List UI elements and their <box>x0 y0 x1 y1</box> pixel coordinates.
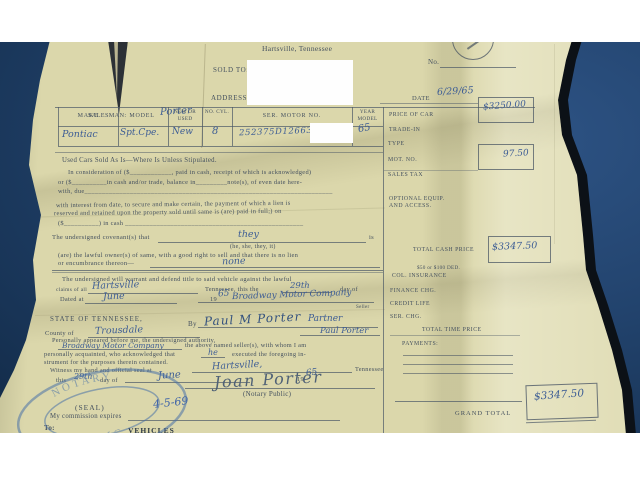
type-label: TYPE <box>388 141 405 147</box>
totalcash-label: TOTAL CASH PRICE <box>413 247 474 253</box>
section-divider <box>55 152 383 153</box>
terms-line2: or ($__________in cash and/or trade, bal… <box>58 179 302 186</box>
col-serial: SER. MOTOR NO. <box>232 113 352 119</box>
model-value: Spt.Cpe. <box>120 128 159 138</box>
new-used-value: New <box>172 127 193 137</box>
col-new-used: NEW OR USED <box>169 109 201 123</box>
svg-text:PUBLIC: PUBLIC <box>66 422 126 433</box>
salestax-label: SALES TAX <box>388 172 423 178</box>
encumbrance-handwritten: none <box>222 256 246 268</box>
payments-label: PAYMENTS: <box>402 341 438 347</box>
col-cyl: NO. CYL. <box>203 109 231 116</box>
price-label: PRICE OF CAR <box>389 112 434 118</box>
month-blank <box>85 303 177 304</box>
sold-to-label: SOLD TO: <box>213 66 249 74</box>
table-bottom-border <box>58 146 383 147</box>
owner-line1: (are) the lawful owner(s) of same, with … <box>58 252 298 259</box>
table-border <box>58 107 59 146</box>
witness-state: Tennessee <box>355 366 383 373</box>
make-value: Pontiac <box>62 129 98 140</box>
seller-line: the above named seller(s), with whom I a… <box>185 342 306 349</box>
date-line <box>380 103 478 104</box>
credit-label: CREDIT LIFE <box>390 301 430 307</box>
no-blank-line <box>440 67 516 68</box>
sidebar-divider <box>383 107 384 433</box>
he-handwritten: he <box>208 348 218 357</box>
year-value: 65 <box>357 122 371 135</box>
date-label: DATE <box>412 95 430 102</box>
mot-label: MOT. NO. <box>388 157 417 163</box>
date-handwritten: 6/29/65 <box>437 85 474 98</box>
partner-handwritten: Partner <box>308 314 342 324</box>
redaction-box-buyer <box>247 60 353 105</box>
stamp-word-bottom: PUBLIC <box>66 422 126 433</box>
serial-value: 252375D126636 <box>239 126 319 139</box>
bill-of-sale-document: Hartsville, Tennessee SOLD TO: No. ADDRE… <box>0 42 640 433</box>
col-make: MAKE <box>60 113 116 119</box>
totaltime-line <box>390 335 520 336</box>
owner-line2: or encumbrance thereon— <box>58 260 134 267</box>
sidebar-line <box>384 170 478 171</box>
authority-blank <box>300 335 380 336</box>
covenant-note: (he, she, they, it) <box>230 244 276 250</box>
address-label: ADDRESS: <box>211 94 250 102</box>
totalcash-value: $3347.50 <box>492 240 538 253</box>
stamp-word-top: NOTARY <box>48 369 116 400</box>
ded-label2: COL. INSURANCE <box>392 273 447 279</box>
payment-line-4 <box>395 401 522 402</box>
month-handwritten: June <box>103 291 125 303</box>
company-strike <box>58 349 182 350</box>
payment-line-3 <box>403 373 513 374</box>
tradein-label: TRADE-IN <box>389 127 420 133</box>
notary-sig-line <box>185 388 375 389</box>
covenant-is: is <box>369 234 374 241</box>
payment-line-2 <box>403 364 513 365</box>
table-top-border <box>55 107 535 108</box>
covenant-line: The undersigned covenant(s) that <box>52 234 150 241</box>
photo-of-document: Hartsville, Tennessee SOLD TO: No. ADDRE… <box>0 42 640 433</box>
dated-at-label: Dated at <box>60 296 84 303</box>
covenant-handwritten: they <box>238 229 259 240</box>
crease-line <box>554 44 555 244</box>
notary-title: (Notary Public) <box>243 390 291 398</box>
totaltime-label: TOTAL TIME PRICE <box>422 327 482 333</box>
redaction-box-serial <box>310 123 353 143</box>
warranty-line2: claims of all <box>56 287 87 293</box>
state-label: STATE OF TENNESSEE, <box>50 315 143 323</box>
terms-line3: with, due_______________________________… <box>58 188 333 195</box>
as-is-line: Used Cars Sold As Is—Where Is Unless Sti… <box>62 157 217 164</box>
grand-box-double-line <box>526 420 596 423</box>
double-divider-a <box>52 270 383 271</box>
seller-blank <box>198 302 374 303</box>
no-label: No. <box>428 58 439 66</box>
by-label: By <box>188 320 197 328</box>
serchg-label: SER. CHG. <box>390 314 422 320</box>
terms-line1: In consideration of ($____________, paid… <box>68 169 311 176</box>
col-year: YEAR MODEL <box>352 109 383 123</box>
encumbrance-blank <box>150 267 380 268</box>
cyl-value: 8 <box>212 126 218 137</box>
seller-label: Seller <box>356 305 369 310</box>
optional-label1: OPTIONAL EQUIP. <box>389 196 445 202</box>
payment-line-1 <box>403 355 513 356</box>
screenshot: Hartsville, Tennessee SOLD TO: No. ADDRE… <box>0 0 640 480</box>
col-model: MODEL <box>118 113 166 119</box>
ded-label1: $50 or $100 DED. <box>417 265 460 271</box>
county-handwritten: Trousdale <box>95 324 143 337</box>
grand-label: GRAND TOTAL <box>455 410 511 417</box>
he-blank <box>201 357 225 358</box>
double-divider-b <box>52 272 383 273</box>
optional-label2: AND ACCESS. <box>389 203 432 209</box>
header-place: Hartsville, Tennessee <box>262 44 332 53</box>
county-label: County of <box>45 330 74 337</box>
year-handwritten: 65 <box>218 289 230 300</box>
svg-text:NOTARY: NOTARY <box>48 369 116 400</box>
terms-line5: reserved and retained upon the property … <box>54 208 282 217</box>
terms-line6: ($__________) in cash __________________… <box>58 220 303 227</box>
mot-value: 97.50 <box>503 148 529 159</box>
finance-label: FINANCE CHG. <box>390 288 436 294</box>
acq-line2: executed the foregoing in- <box>232 351 306 358</box>
covenant-blank <box>158 242 366 243</box>
